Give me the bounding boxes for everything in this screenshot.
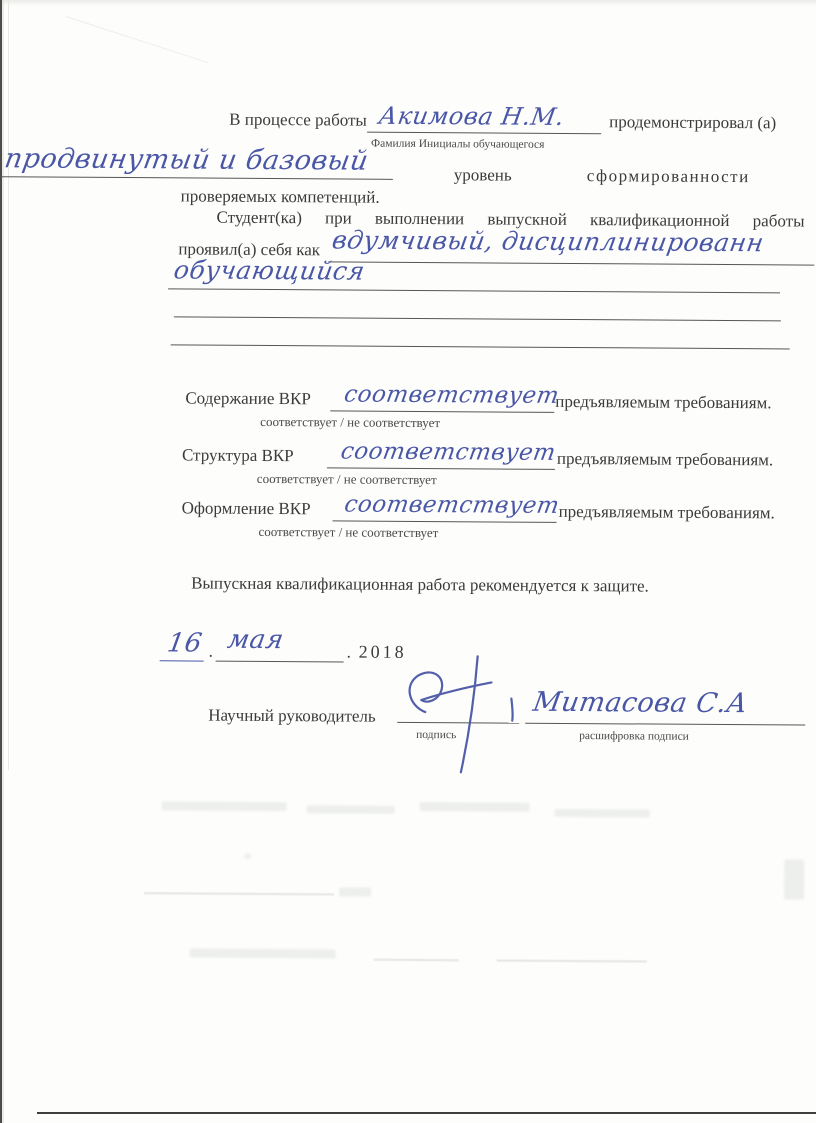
row-format-label: Оформление ВКР <box>182 498 311 519</box>
bleed-through-text-4 <box>555 809 650 818</box>
p2-blank-line2 <box>168 288 780 293</box>
bleed-through-date-year <box>339 887 371 896</box>
date-sep2: . <box>347 643 351 663</box>
student-name-caption: Фамилия Инициалы обучающегося <box>371 138 544 151</box>
bleed-through-text-2 <box>307 805 395 814</box>
signature-name-caption: расшифровка подписи <box>579 730 689 743</box>
row-content-label: Содержание ВКР <box>185 388 311 409</box>
bleed-through-text-3 <box>420 802 530 812</box>
level-word1: уровень <box>454 165 512 186</box>
supervisor-signature-stroke <box>391 654 532 780</box>
p2-handwritten-line2: обучающийся <box>172 255 367 285</box>
row-content-caption: соответствует / не соответствует <box>260 414 440 431</box>
date-month-handwritten: мая <box>225 625 286 655</box>
document-content: В процессе работы Акимова Н.М. продемонс… <box>0 0 816 1123</box>
level-line <box>1 176 393 180</box>
row-content-tail: предъявляемым требованиям. <box>555 392 771 414</box>
supervisor-name-handwritten: Митасова С.А <box>531 687 750 719</box>
p2-blank-line1 <box>328 261 814 265</box>
signature-name-line <box>525 723 805 726</box>
p2-blank-line3 <box>174 316 781 321</box>
row-structure-caption: соответствует / не соответствует <box>257 471 437 488</box>
row-content-line <box>330 410 554 412</box>
row-structure-line <box>327 467 555 470</box>
p2-handwritten-line1: вдумчивый, дисциплинированн <box>330 225 766 257</box>
bleed-through-date-line <box>144 892 334 895</box>
row-format-handwritten: соответствует <box>343 492 562 519</box>
scanned-document-page: В процессе работы Акимова Н.М. продемонс… <box>0 0 816 1123</box>
date-day-handwritten: 16 <box>165 628 204 658</box>
row-format-line <box>333 520 557 522</box>
p1-tail-text: продемонстрировал (а) <box>609 112 776 133</box>
row-structure-handwritten: соответствует <box>339 438 558 465</box>
level-tail: проверяемых компетенций. <box>181 186 380 208</box>
row-content-handwritten: соответствует <box>342 382 561 409</box>
p2-blank-line4 <box>171 344 790 349</box>
date-month-line <box>216 661 344 663</box>
recommendation-text: Выпускная квалификационная работа рекоме… <box>191 573 649 596</box>
date-sep1: . <box>209 642 213 662</box>
row-format-tail: предъявляемым требованиям. <box>559 502 775 524</box>
row-structure-tail: предъявляемым требованиям. <box>557 449 773 471</box>
bleed-through-dot <box>244 854 251 859</box>
level-handwritten: продвинутый и базовый <box>2 143 370 176</box>
date-day-line <box>160 660 204 661</box>
bleed-through-supervisor-text <box>190 948 336 958</box>
bleed-through-sign-line-2 <box>497 960 647 963</box>
row-structure-label: Структура ВКР <box>182 445 294 466</box>
student-name-line <box>367 132 601 135</box>
supervisor-role-label: Научный руководитель <box>208 706 376 728</box>
p1-lead-text: В процессе работы <box>229 110 367 131</box>
level-word2: сформированности <box>587 166 750 187</box>
bleed-through-sign-line-1 <box>374 959 459 962</box>
row-format-caption: соответствует / не соответствует <box>258 524 438 541</box>
student-name-handwritten: Акимова Н.М. <box>377 102 567 131</box>
bleed-through-edge-blob <box>784 859 804 899</box>
bleed-through-text-1 <box>162 801 287 811</box>
